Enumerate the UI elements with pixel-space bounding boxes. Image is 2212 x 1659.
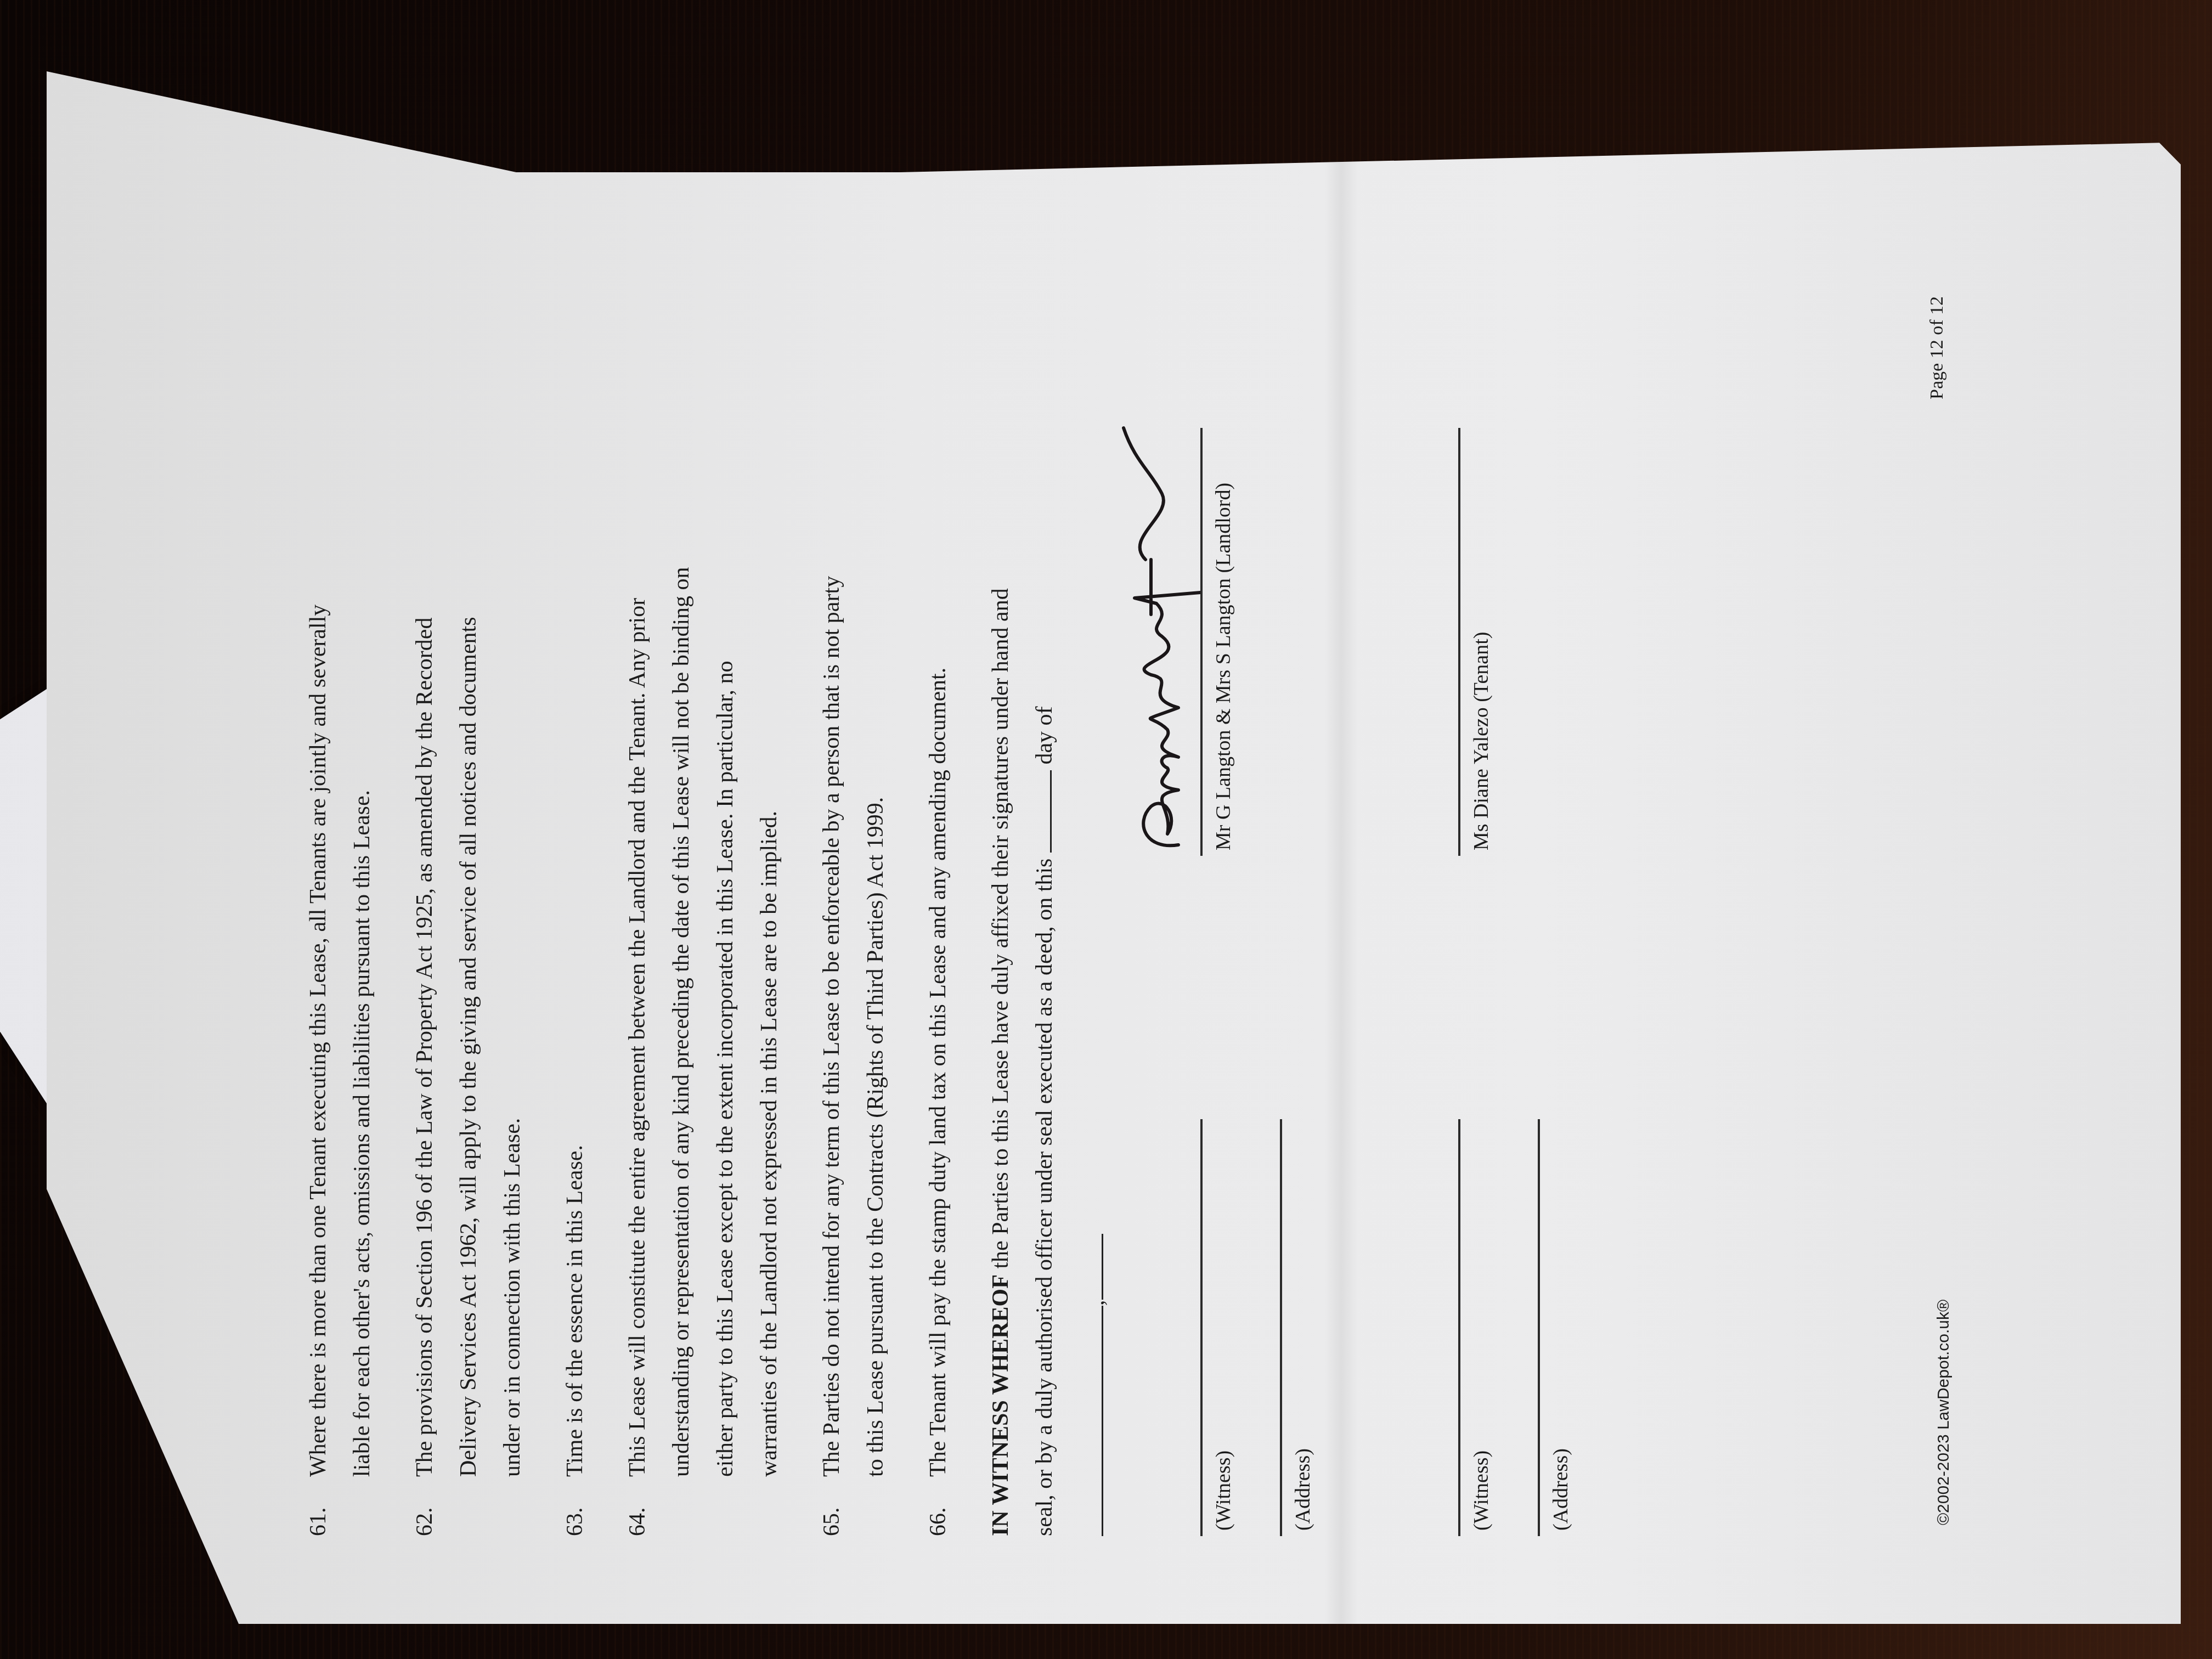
- clause-number: 63.: [553, 1508, 597, 1537]
- clause-line: Delivery Services Act 1962, will apply t…: [447, 219, 490, 1477]
- tenant-address-label: (Address): [1549, 1448, 1573, 1531]
- clause-line: This Lease will constitute the entire ag…: [616, 219, 659, 1477]
- landlord-handwritten-signature: [1113, 417, 1206, 856]
- clause-line: warranties of the Landlord not expressed…: [747, 219, 791, 1477]
- landlord-address-line[interactable]: [1280, 1119, 1282, 1536]
- witness-clause: IN WITNESS WHEREOF the Parties to this L…: [979, 219, 1118, 1536]
- clause-66: 66. The Tenant will pay the stamp duty l…: [916, 219, 960, 1536]
- clause-line: to this Lease pursuant to the Contracts …: [854, 219, 898, 1477]
- witness-lead: IN WITNESS WHEREOF: [988, 1274, 1013, 1536]
- clause-line: Time is of the essence in this Lease.: [553, 219, 597, 1477]
- clause-line: The provisions of Section 196 of the Law…: [403, 219, 447, 1477]
- clause-line: under or in connection with this Lease.: [490, 219, 534, 1477]
- tenant-signature-block: (Witness) (Address) Ms Diane Yalezo (Ten…: [1442, 219, 1601, 1536]
- clause-number: 62.: [403, 1508, 447, 1537]
- clause-line: either party to this Lease except to the…: [703, 219, 747, 1477]
- tenant-witness-label: (Witness): [1469, 1451, 1493, 1531]
- clause-number: 66.: [916, 1508, 960, 1537]
- landlord-signature-line[interactable]: [1200, 428, 1203, 856]
- clause-number: 65.: [810, 1508, 854, 1537]
- clause-63: 63. Time is of the essence in this Lease…: [553, 219, 597, 1536]
- clause-line: Where there is more than one Tenant exec…: [296, 219, 340, 1477]
- tenant-name: Ms Diane Yalezo (Tenant): [1469, 632, 1493, 850]
- witness-line-1-rest: the Parties to this Lease have duly affi…: [988, 588, 1013, 1274]
- month-blank-field[interactable]: [1102, 1306, 1103, 1536]
- landlord-name: Mr G Langton & Mrs S Langton (Landlord): [1211, 483, 1235, 850]
- clause-number: 61.: [296, 1508, 340, 1537]
- day-blank-field[interactable]: [1050, 770, 1052, 853]
- clause-line: The Parties do not intend for any term o…: [810, 219, 854, 1477]
- witness-line-1: IN WITNESS WHEREOF the Parties to this L…: [979, 219, 1023, 1536]
- date-line: ,: [1074, 219, 1118, 1536]
- witness-line-2: seal, or by a duly authorised officer un…: [1023, 219, 1066, 1536]
- year-blank-field[interactable]: [1102, 1234, 1103, 1300]
- tenant-witness-signature-line[interactable]: [1458, 1119, 1460, 1536]
- clause-62: 62. The provisions of Section 196 of the…: [403, 219, 534, 1536]
- clause-64: 64. This Lease will constitute the entir…: [616, 219, 791, 1536]
- witness-line-2-text: seal, or by a duly authorised officer un…: [1032, 859, 1057, 1536]
- clause-line: liable for each other's acts, omissions …: [340, 219, 384, 1477]
- page-number: Page 12 of 12: [1927, 296, 1948, 399]
- clause-line: The Tenant will pay the stamp duty land …: [916, 219, 960, 1477]
- landlord-witness-signature-line[interactable]: [1200, 1119, 1203, 1536]
- landlord-witness-label: (Witness): [1211, 1451, 1235, 1531]
- lease-page-content: 61. Where there is more than one Tenant …: [296, 219, 1953, 1536]
- clause-61: 61. Where there is more than one Tenant …: [296, 219, 384, 1536]
- clause-line: understanding or representation of any k…: [659, 219, 703, 1477]
- day-of-label: day of: [1032, 706, 1057, 764]
- clause-65: 65. The Parties do not intend for any te…: [810, 219, 898, 1536]
- tenant-signature-line[interactable]: [1458, 428, 1460, 856]
- clause-number: 64.: [616, 1508, 659, 1537]
- copyright-footer: ©2002-2023 LawDepot.co.uk®: [1934, 1300, 1953, 1525]
- date-comma: ,: [1084, 1300, 1109, 1306]
- landlord-signature-block: (Witness) (Address) Mr G Langton & Mrs S…: [1184, 219, 1343, 1536]
- tenant-address-line[interactable]: [1538, 1119, 1540, 1536]
- landlord-address-label: (Address): [1291, 1448, 1315, 1531]
